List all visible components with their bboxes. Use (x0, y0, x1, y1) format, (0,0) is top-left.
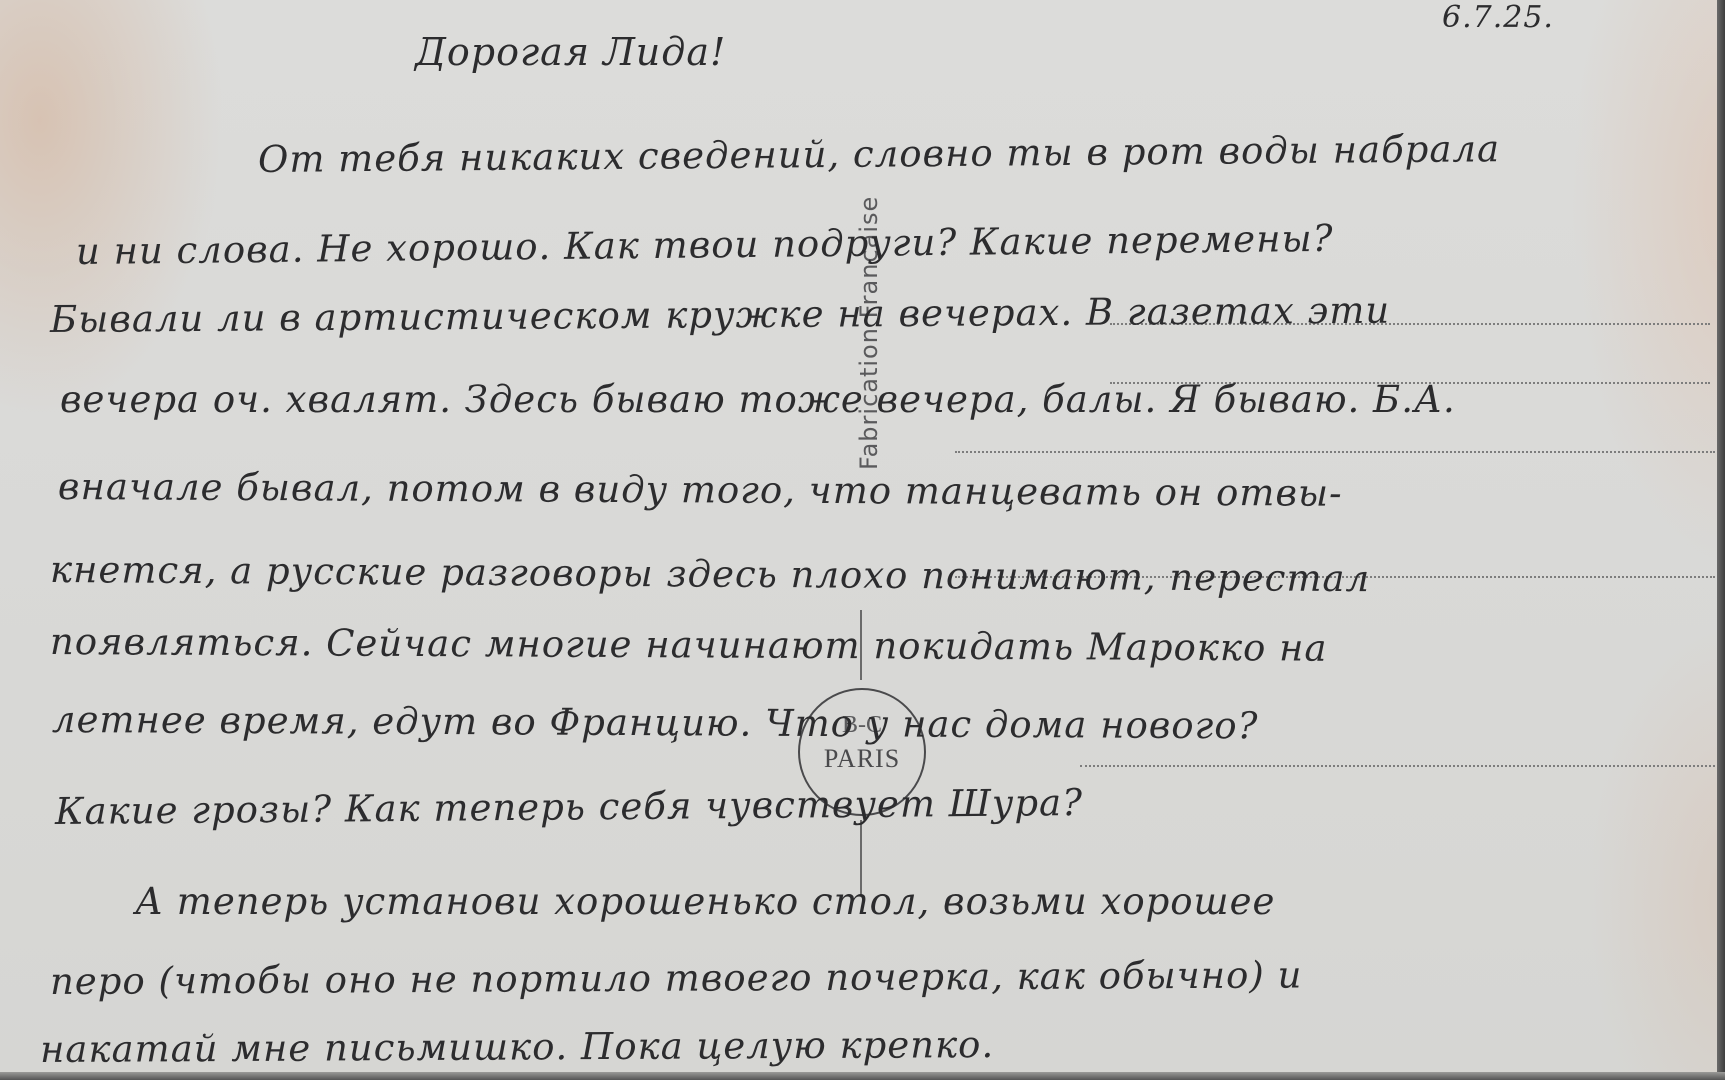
stamp-city: PARIS (800, 744, 924, 774)
letter-line: перо (чтобы оно не портило твоего почерк… (50, 953, 1303, 1003)
letter-line: От тебя никаких сведений, словно ты в ро… (258, 127, 1500, 181)
letter-line: Бывали ли в артистическом кружке на вече… (50, 289, 1390, 341)
letter-line: накатай мне письмишко. Пока целую крепко… (40, 1023, 994, 1071)
letter-line: вечера оч. хвалят. Здесь бываю тоже вече… (60, 378, 1456, 421)
letter-greeting: Дорогая Лида! (415, 30, 726, 74)
letter-line: А теперь установи хорошенько стол, возьм… (135, 880, 1275, 923)
letter-line: и ни слова. Не хорошо. Как твои подруги?… (76, 217, 1334, 273)
letter-line: Какие грозы? Как теперь себя чувствует Ш… (55, 781, 1083, 833)
card-edge-bottom (0, 1072, 1725, 1080)
address-line-3 (955, 451, 1715, 453)
card-edge-right (1717, 0, 1725, 1080)
letter-date: 6.7.25. (1442, 0, 1554, 35)
letter-line: вначале бывал, потом в виду того, что та… (58, 465, 1343, 515)
postcard-back: Fabrication Française B-C PARIS 6.7.25. … (0, 0, 1725, 1080)
letter-line: появляться. Сейчас многие начинают покид… (50, 620, 1328, 670)
letter-line: кнется, а русские разговоры здесь плохо … (50, 548, 1370, 600)
letter-line: летнее время, едут во Францию. Что у нас… (52, 698, 1259, 747)
address-line-5 (1080, 765, 1715, 767)
